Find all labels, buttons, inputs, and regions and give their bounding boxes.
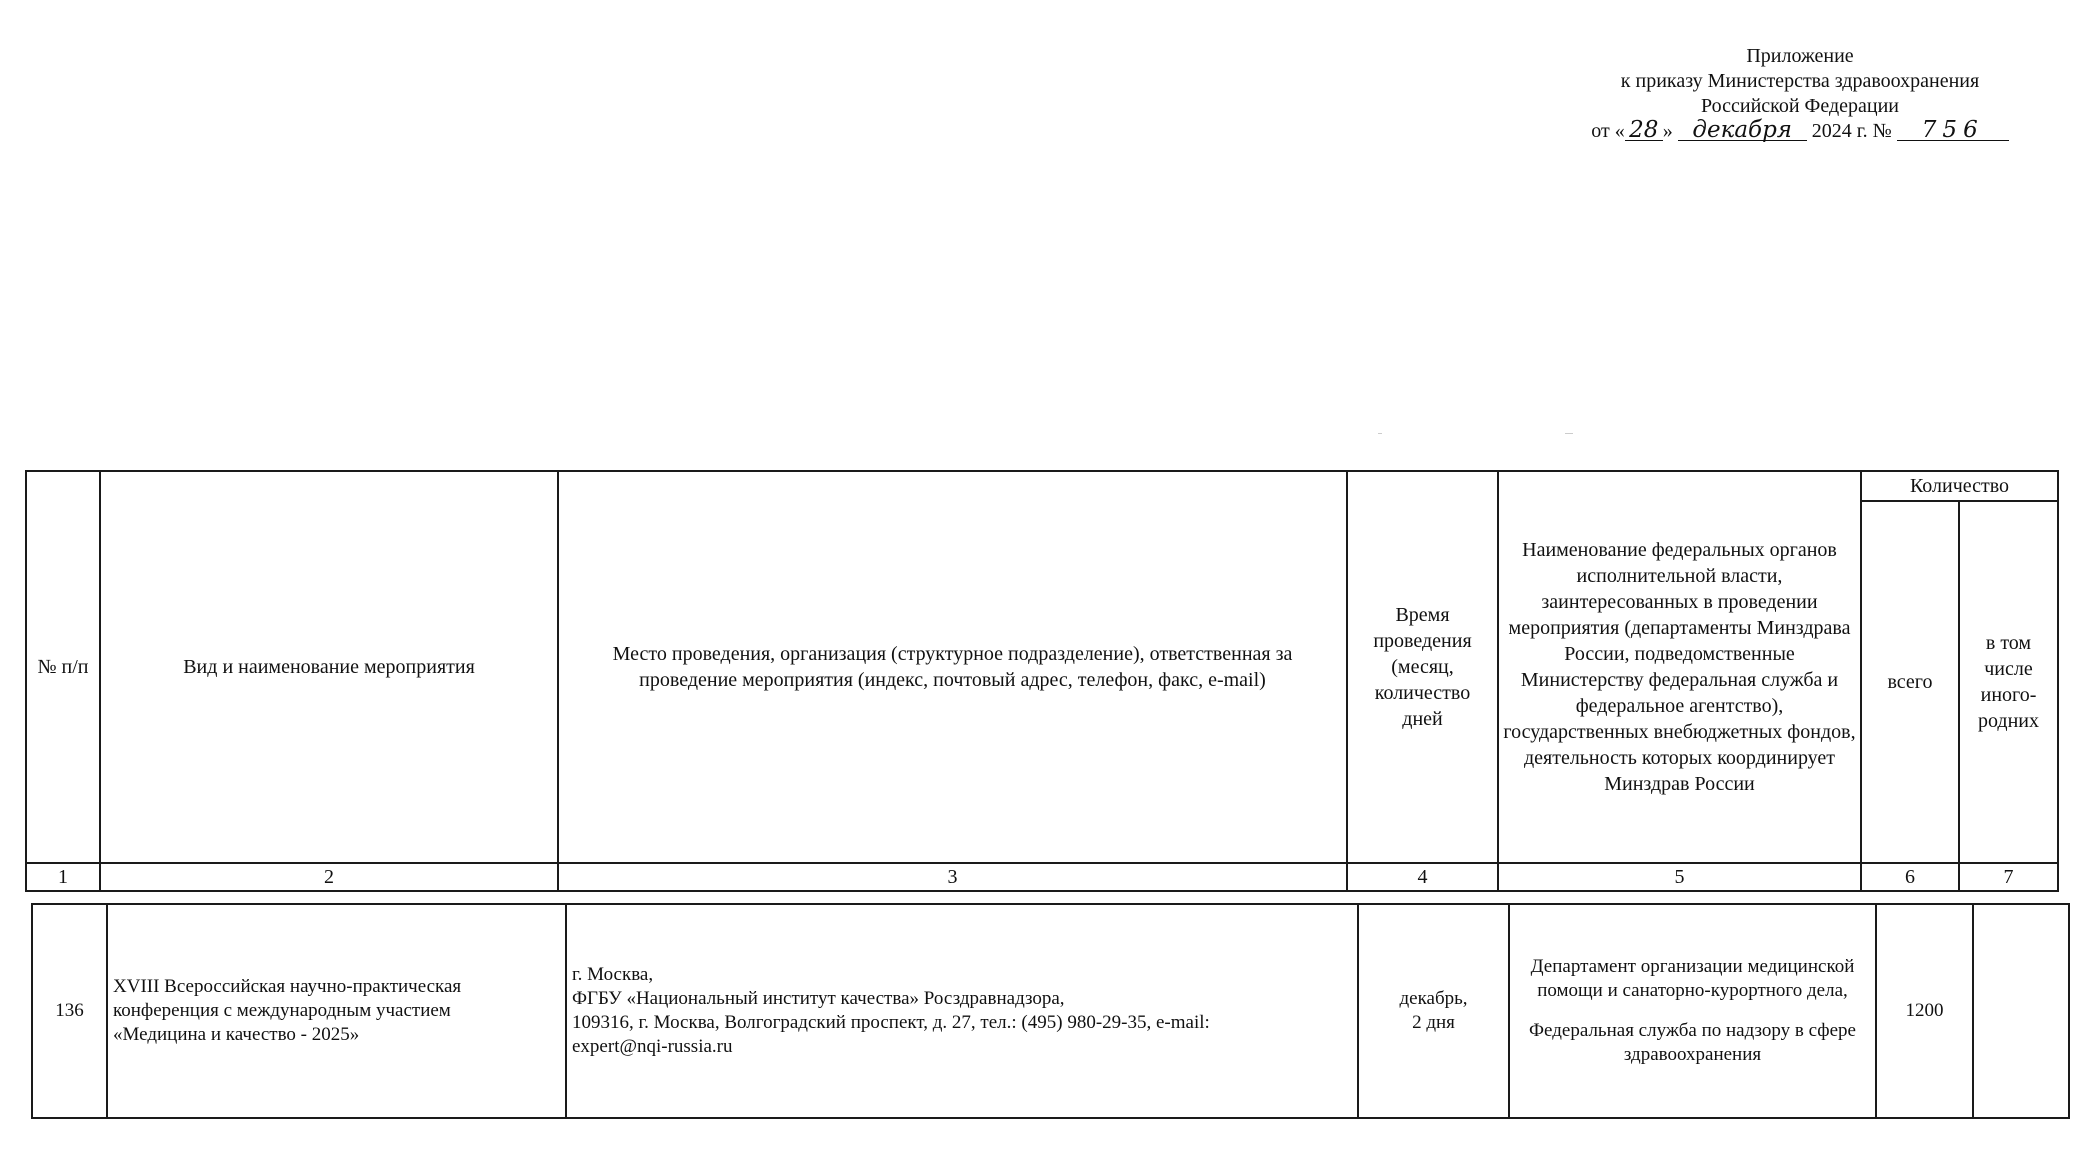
event-agencies: Департамент организации медицинской помо… bbox=[1509, 904, 1876, 1118]
handwritten-month: декабря bbox=[1678, 120, 1807, 141]
table-row: 136 XVIII Всероссийская научно-практичес… bbox=[32, 904, 2069, 1118]
event-venue: г. Москва,ФГБУ «Национальный институт ка… bbox=[566, 904, 1358, 1118]
handwritten-day: 28 bbox=[1625, 120, 1663, 141]
header-number: № п/п bbox=[26, 471, 100, 863]
event-time: декабрь,2 дня bbox=[1358, 904, 1509, 1118]
handwritten-order-number: 756 bbox=[1897, 120, 2009, 141]
header-agencies: Наименование федеральных органов исполни… bbox=[1498, 471, 1861, 863]
column-number-row: 1 2 3 4 5 6 7 bbox=[26, 863, 2058, 891]
header-total: всего bbox=[1861, 501, 1959, 863]
header-venue: Место проведения, организация (структурн… bbox=[558, 471, 1347, 863]
stamp-date-line: от «28» декабря 2024 г. № 756 bbox=[1560, 119, 2040, 144]
scan-speck bbox=[1378, 433, 1382, 434]
header-time: Времяпроведения(месяц,количестводней bbox=[1347, 471, 1498, 863]
contact-email: expert@nqi-russia.ru bbox=[572, 1035, 1353, 1059]
appendix-stamp: Приложение к приказу Министерства здраво… bbox=[1560, 44, 2040, 144]
stamp-line-country: Российской Федерации bbox=[1560, 94, 2040, 119]
header-quantity: Количество bbox=[1861, 471, 2058, 501]
event-name: XVIII Всероссийская научно-практическаяк… bbox=[107, 904, 566, 1118]
stamp-line-appendix: Приложение bbox=[1560, 44, 2040, 69]
stamp-line-order: к приказу Министерства здравоохранения bbox=[1560, 69, 2040, 94]
participants-nonresident bbox=[1973, 904, 2069, 1118]
row-number: 136 bbox=[32, 904, 107, 1118]
scan-speck bbox=[1565, 433, 1573, 434]
events-table-body: 136 XVIII Всероссийская научно-практичес… bbox=[31, 903, 2070, 1119]
year-label: 2024 г. № bbox=[1812, 120, 1892, 142]
events-table-header: № п/п Вид и наименование мероприятия Мес… bbox=[25, 470, 2059, 892]
header-event-name: Вид и наименование мероприятия bbox=[100, 471, 558, 863]
participants-total: 1200 bbox=[1876, 904, 1973, 1118]
header-nonresident: в томчислеиного-родних bbox=[1959, 501, 2058, 863]
